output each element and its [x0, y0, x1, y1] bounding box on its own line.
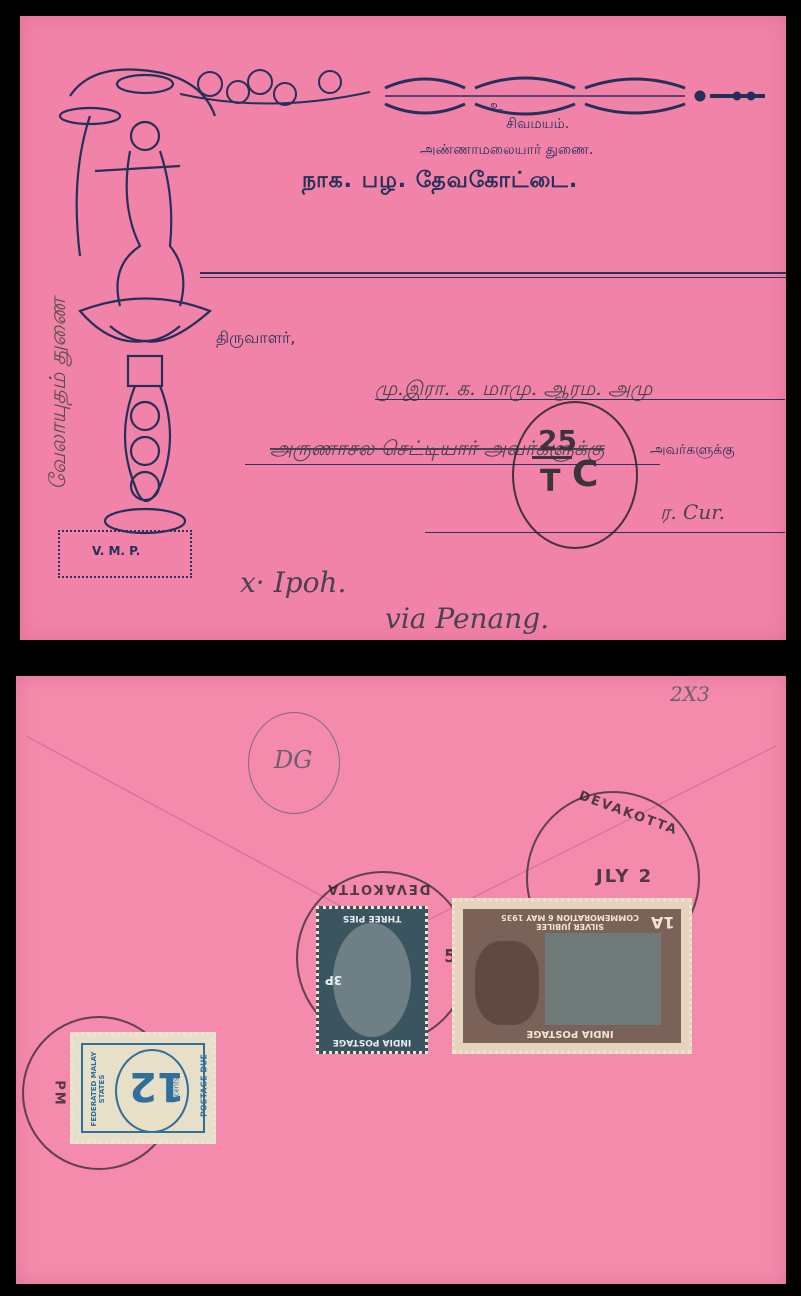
scroll-ornament-icon — [365, 66, 785, 126]
header-divider — [200, 272, 786, 274]
pencil-note-corner: 2X3 — [670, 682, 710, 706]
envelope-front: உ சிவமயம். அண்ணாமலையார் துணை. நாக. பழ. த… — [20, 16, 786, 640]
printed-suffix: அவர்களுக்கு — [650, 442, 735, 460]
destination-city: x· Ipoh. — [240, 566, 346, 599]
destination-route: via Penang. — [385, 602, 549, 635]
imprint: V. M. P. — [92, 544, 140, 558]
stamp-fms-12c-postage-due: 12 FEDERATED MALAY STATES POSTAGE DUE ce… — [70, 1032, 216, 1144]
invocation-line-2: அண்ணாமலையார் துணை. — [420, 142, 593, 160]
krishna-illustration-icon — [50, 56, 230, 556]
header-symbol: உ — [490, 98, 503, 116]
handstamp-letter-c: C — [572, 454, 598, 495]
envelope-back: DG 2X3 DEVAKOTTA JLY 2 DEVAKOTTA 5 PM TH… — [16, 676, 786, 1284]
handstamp-amount: 25 — [538, 424, 577, 457]
vertical-annotation: வேலாயுதம் துணை — [46, 230, 74, 490]
invocation-line-1: சிவமயம். — [506, 116, 569, 134]
stamp-india-3-pies: THREE PIES INDIA POSTAGE 3P — [316, 906, 428, 1054]
addressee-line-3: ர. Cur. — [660, 500, 725, 527]
stamp-india-1-anna-jubilee: SILVER JUBILEE COMMEMORATION 6 MAY 1935 … — [452, 898, 692, 1054]
rose-garland-icon — [180, 64, 380, 114]
pencil-note-circle: DG — [274, 746, 312, 774]
salutation: திருவாளர், — [216, 328, 296, 349]
handstamp-letter-t: T — [540, 464, 560, 499]
sender-name: நாக. பழ. தேவகோட்டை. — [302, 168, 578, 196]
